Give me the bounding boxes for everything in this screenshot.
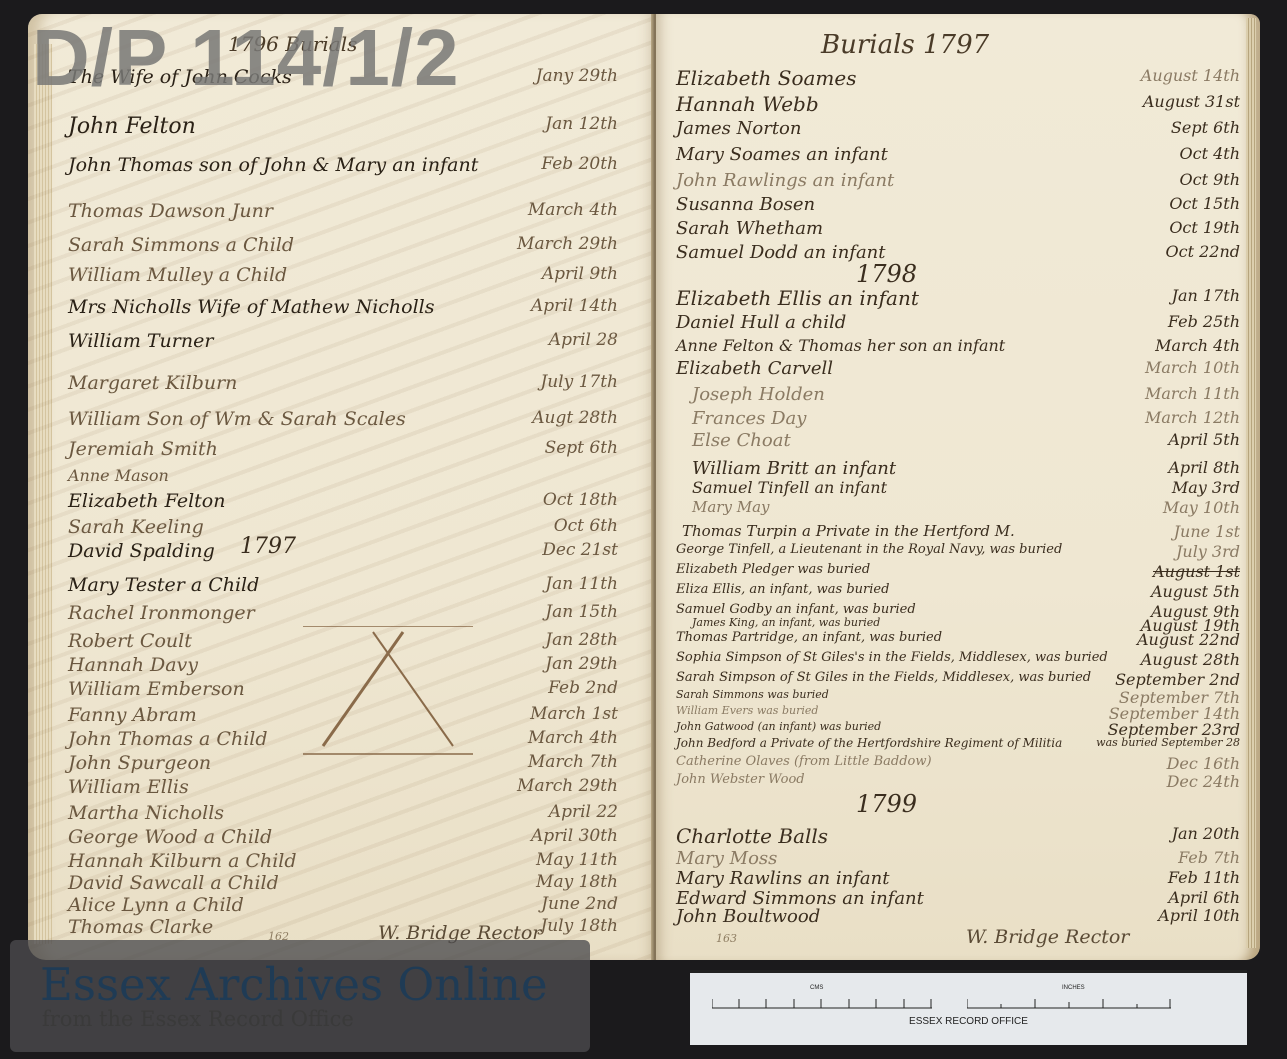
cm-label: CMS: [810, 985, 823, 991]
entry-name: Hannah Davy: [68, 654, 198, 676]
entry-date: Jan 15th: [545, 602, 618, 622]
entry-date: March 4th: [1155, 336, 1240, 355]
entry-date: August 1st: [1153, 562, 1240, 581]
entry-date: Feb 20th: [541, 154, 618, 174]
year-mark-1797: 1797: [240, 534, 296, 559]
entry-name: William Ellis: [68, 776, 189, 798]
entry-name: Thomas Clarke: [68, 916, 213, 938]
entry-name: Elizabeth Carvell: [676, 358, 833, 379]
entry-name: Joseph Holden: [692, 384, 825, 405]
entry-name: Elizabeth Ellis an infant: [676, 286, 919, 310]
entry-date: Feb 2nd: [548, 678, 618, 698]
entry-name: Sophia Simpson of St Giles's in the Fiel…: [676, 650, 1108, 665]
entry-name: David Spalding: [68, 540, 215, 562]
entry-date: April 8th: [1168, 458, 1240, 477]
entry-date: Jan 11th: [545, 574, 618, 594]
entry-name: Mary Tester a Child: [68, 574, 259, 596]
entry-date: March 29th: [517, 776, 618, 796]
entry-date: June 1st: [1174, 522, 1240, 541]
entry-name: William Britt an infant: [692, 458, 896, 479]
year-heading-1798: 1798: [856, 260, 917, 288]
inch-label: INCHES: [1062, 985, 1085, 991]
entry-name: James King, an infant, was buried: [692, 616, 880, 629]
crossed-out-mark: [303, 626, 473, 756]
entry-date: May 11th: [536, 850, 618, 870]
entry-name: George Wood a Child: [68, 826, 272, 848]
year-heading-1799: 1799: [856, 790, 917, 818]
entry-name: Margaret Kilburn: [68, 372, 237, 394]
entry-date: May 3rd: [1172, 478, 1240, 497]
entry-name: Mary May: [692, 498, 770, 516]
entry-date: Augt 28th: [532, 408, 618, 428]
entry-date: April 22: [549, 802, 618, 822]
entry-date: Oct 19th: [1169, 218, 1240, 237]
entry-name: Thomas Dawson Junr: [68, 200, 273, 222]
archive-branding: Essex Archives Online from the Essex Rec…: [10, 940, 590, 1052]
branding-title: Essex Archives Online: [40, 958, 548, 1011]
entry-name: James Norton: [676, 118, 801, 139]
entry-name: Martha Nicholls: [68, 802, 224, 824]
entry-name: Catherine Olaves (from Little Baddow): [676, 754, 932, 769]
entry-date: August 28th: [1141, 650, 1240, 669]
entry-date: Oct 22nd: [1166, 242, 1241, 261]
entry-date: July 3rd: [1176, 542, 1240, 561]
entry-date: April 28: [549, 330, 618, 350]
branding-subtitle: from the Essex Record Office: [42, 1007, 354, 1031]
entry-date: Oct 18th: [543, 490, 618, 510]
entry-date: August 14th: [1141, 66, 1240, 85]
rector-signature: W. Bridge Rector: [966, 926, 1129, 948]
entry-date: April 9th: [542, 264, 618, 284]
entry-name: Sarah Simpson of St Giles in the Fields,…: [676, 670, 1091, 685]
entry-date: Feb 11th: [1168, 868, 1240, 887]
entry-name: Samuel Dodd an infant: [676, 242, 886, 263]
entry-name: William Turner: [68, 330, 213, 352]
entry-name: Mary Soames an infant: [676, 144, 888, 165]
right-page-header: Burials 1797: [821, 30, 989, 60]
entry-name: William Mulley a Child: [68, 264, 287, 286]
entry-date: Feb 7th: [1178, 848, 1240, 867]
entry-name: Elizabeth Felton: [68, 490, 225, 512]
entry-date: March 12th: [1145, 408, 1240, 427]
entry-name: Samuel Godby an infant, was buried: [676, 602, 916, 617]
entry-name: Mary Rawlins an infant: [676, 868, 889, 889]
entry-name: David Sawcall a Child: [68, 872, 279, 894]
entry-date: Dec 24th: [1167, 772, 1240, 791]
entry-name: Fanny Abram: [68, 704, 197, 726]
left-page: 1796 Burials The Wife of John CocksJany …: [28, 14, 654, 960]
entry-name: John Felton: [68, 114, 196, 139]
entry-date: June 2nd: [541, 894, 618, 914]
entry-date: March 4th: [528, 200, 618, 220]
entry-name: Hannah Webb: [676, 92, 819, 116]
entry-date: Oct 4th: [1179, 144, 1240, 163]
entry-name: Charlotte Balls: [676, 824, 828, 848]
entry-date: March 7th: [528, 752, 618, 772]
entry-name: John Thomas a Child: [68, 728, 268, 750]
entry-date: March 10th: [1145, 358, 1240, 377]
entry-date: March 4th: [528, 728, 618, 748]
entry-date: Jan 12th: [545, 114, 618, 134]
entry-name: John Gatwood (an infant) was buried: [676, 720, 881, 733]
entry-name: Thomas Partridge, an infant, was buried: [676, 630, 942, 645]
entry-date: Dec 16th: [1167, 754, 1240, 773]
entry-date: Oct 6th: [554, 516, 618, 536]
entry-date: August 5th: [1151, 582, 1240, 601]
entry-date: March 29th: [517, 234, 618, 254]
cm-scale-icon: [712, 993, 932, 1009]
entry-date: Sept 6th: [545, 438, 618, 458]
register-book: 1796 Burials The Wife of John CocksJany …: [28, 14, 1260, 960]
entry-date: April 5th: [1168, 430, 1240, 449]
entry-name: John Spurgeon: [68, 752, 211, 774]
entry-name: Mrs Nicholls Wife of Mathew Nicholls: [68, 296, 435, 318]
entry-name: Anne Mason: [68, 466, 169, 485]
entry-name: John Rawlings an infant: [676, 170, 894, 191]
entry-date: Jan 29th: [545, 654, 618, 674]
entry-name: William Son of Wm & Sarah Scales: [68, 408, 406, 430]
entry-name: Frances Day: [692, 408, 806, 429]
entry-name: Sarah Keeling: [68, 516, 204, 538]
entry-name: John Boultwood: [676, 906, 820, 927]
entry-name: George Tinfell, a Lieutenant in the Roya…: [676, 542, 1062, 557]
entry-name: Alice Lynn a Child: [68, 894, 244, 916]
entry-date: Dec 21st: [542, 540, 618, 560]
entry-name: Daniel Hull a child: [676, 312, 846, 333]
entry-name: Robert Coult: [68, 630, 192, 652]
entry-date: Oct 9th: [1179, 170, 1240, 189]
entry-name: Sarah Whetham: [676, 218, 823, 239]
entry-date: Jan 20th: [1172, 824, 1240, 843]
entry-date: April 6th: [1168, 888, 1240, 907]
entry-date: Sept 6th: [1171, 118, 1240, 137]
entry-name: Elizabeth Pledger was buried: [676, 562, 870, 577]
entry-date: April 14th: [531, 296, 618, 316]
entry-date: Jany 29th: [536, 66, 618, 86]
entry-name: Anne Felton & Thomas her son an infant: [676, 336, 1005, 355]
inch-scale-icon: [967, 993, 1171, 1009]
entry-name: Sarah Simmons was buried: [676, 688, 829, 701]
entry-name: Thomas Turpin a Private in the Hertford …: [682, 522, 1015, 540]
entry-date: July 17th: [540, 372, 618, 392]
entry-date: August 22nd: [1137, 630, 1240, 649]
entry-name: Eliza Ellis, an infant, was buried: [676, 582, 889, 597]
entry-date: September 2nd: [1115, 670, 1240, 689]
entry-date: May 18th: [536, 872, 618, 892]
entry-name: William Evers was buried: [676, 704, 818, 717]
folio-number: 163: [716, 932, 737, 945]
entry-name: Hannah Kilburn a Child: [68, 850, 297, 872]
ruler-caption: ESSEX RECORD OFFICE: [690, 1016, 1247, 1027]
entry-date: March 11th: [1145, 384, 1240, 403]
entry-name: Samuel Tinfell an infant: [692, 478, 887, 497]
entry-date: April 30th: [531, 826, 618, 846]
entry-name: John Bedford a Private of the Hertfordsh…: [676, 736, 1062, 750]
entry-date: August 31st: [1143, 92, 1240, 111]
entry-name: Jeremiah Smith: [68, 438, 218, 460]
entry-name: Mary Moss: [676, 848, 777, 869]
entry-name: John Webster Wood: [676, 772, 805, 787]
entry-date: March 1st: [530, 704, 618, 724]
entry-date: July 18th: [540, 916, 618, 936]
entry-date: April 10th: [1158, 906, 1240, 925]
entry-date: Feb 25th: [1168, 312, 1240, 331]
entry-name: Else Choat: [692, 430, 791, 451]
entry-date: Jan 17th: [1172, 286, 1240, 305]
entry-date: May 10th: [1163, 498, 1240, 517]
entry-name: John Thomas son of John & Mary an infant: [68, 154, 478, 176]
scale-ruler: CMS INCHES ESSEX RECORD OFFICE: [690, 970, 1247, 1045]
document-reference-overlay: D/P 114/1/2: [32, 18, 460, 98]
right-page: Burials 1797 Elizabeth SoamesAugust 14th…: [656, 14, 1260, 960]
entry-name: Susanna Bosen: [676, 194, 815, 215]
entry-name: William Emberson: [68, 678, 245, 700]
entry-date: was buried September 28: [1096, 736, 1240, 749]
entry-name: Elizabeth Soames: [676, 66, 857, 90]
entry-name: Rachel Ironmonger: [68, 602, 255, 624]
entry-date: Jan 28th: [545, 630, 618, 650]
entry-date: Oct 15th: [1169, 194, 1240, 213]
entry-name: Sarah Simmons a Child: [68, 234, 294, 256]
